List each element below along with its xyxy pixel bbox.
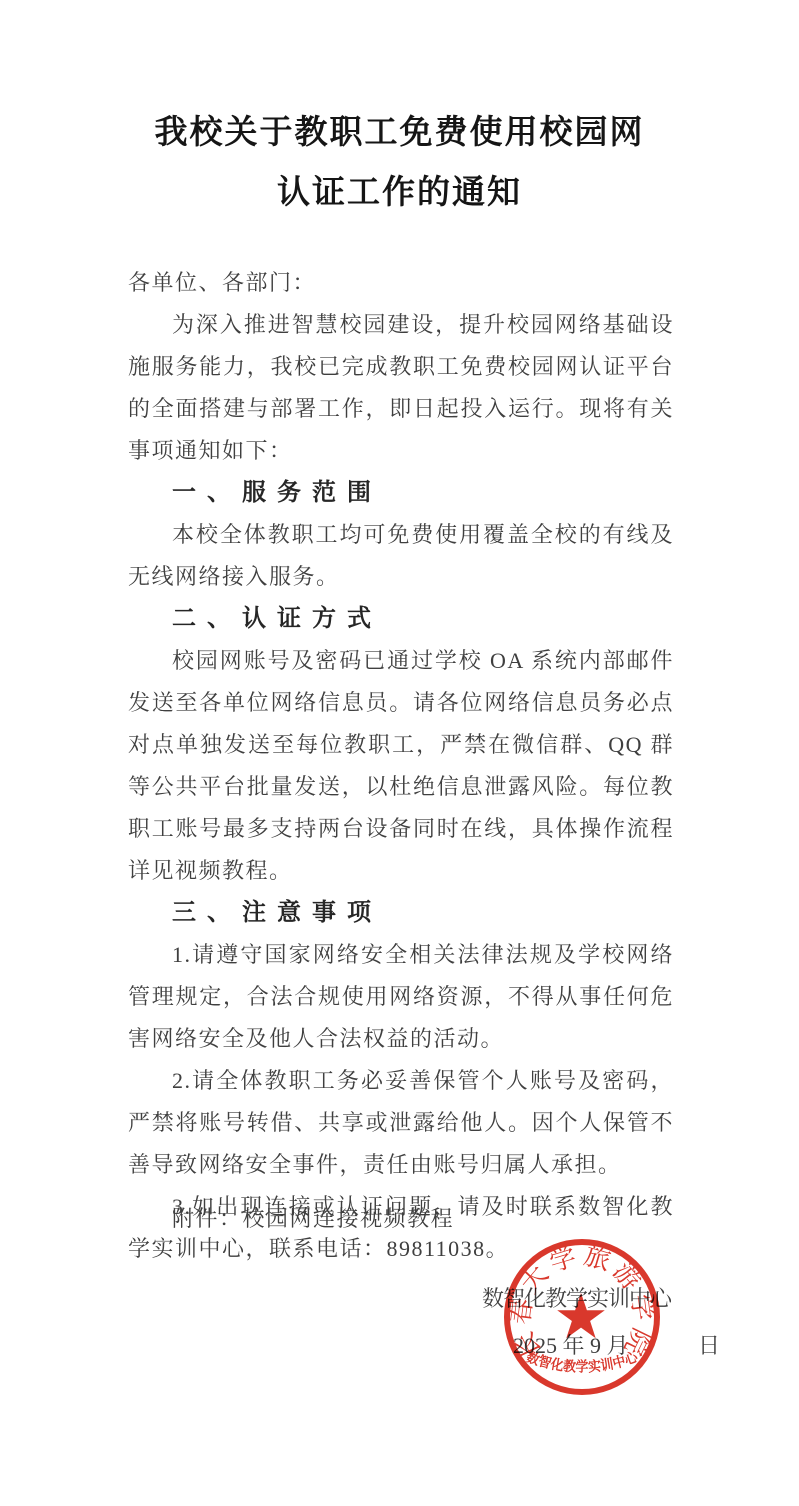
section-1-paragraph: 本校全体教职工均可免费使用覆盖全校的有线及无线网络接入服务。 [128, 514, 674, 598]
section-2-paragraph: 校园网账号及密码已通过学校 OA 系统内部邮件发送至各单位网络信息员。请各位网络… [128, 640, 674, 892]
section-3-heading: 三、注意事项 [128, 892, 674, 934]
section-1-heading: 一、服务范围 [128, 472, 674, 514]
date-day-suffix: 日 [698, 1333, 720, 1358]
official-stamp: 长春大学旅游学院 数智化教学实训中心 [497, 1232, 667, 1402]
title-line-1: 我校关于教职工免费使用校园网 [0, 103, 799, 163]
section-3-item-2: 2.请全体教职工务必妥善保管个人账号及密码，严禁将账号转借、共享或泄露给他人。因… [128, 1060, 674, 1186]
section-3-item-1: 1.请遵守国家网络安全相关法律法规及学校网络管理规定，合法合规使用网络资源，不得… [128, 934, 674, 1060]
document-title: 我校关于教职工免费使用校园网 认证工作的通知 [0, 103, 799, 223]
star-icon [557, 1293, 605, 1338]
section-2-heading: 二、认证方式 [128, 598, 674, 640]
salutation: 各单位、各部门： [128, 262, 674, 304]
title-line-2: 认证工作的通知 [0, 163, 799, 223]
stamp-graphic: 长春大学旅游学院 数智化教学实训中心 [497, 1232, 667, 1402]
document-body: 各单位、各部门： 为深入推进智慧校园建设，提升校园网络基础设施服务能力，我校已完… [128, 262, 674, 1270]
notice-document-page: 我校关于教职工免费使用校园网 认证工作的通知 各单位、各部门： 为深入推进智慧校… [0, 0, 799, 1506]
intro-paragraph: 为深入推进智慧校园建设，提升校园网络基础设施服务能力，我校已完成教职工免费校园网… [128, 304, 674, 472]
